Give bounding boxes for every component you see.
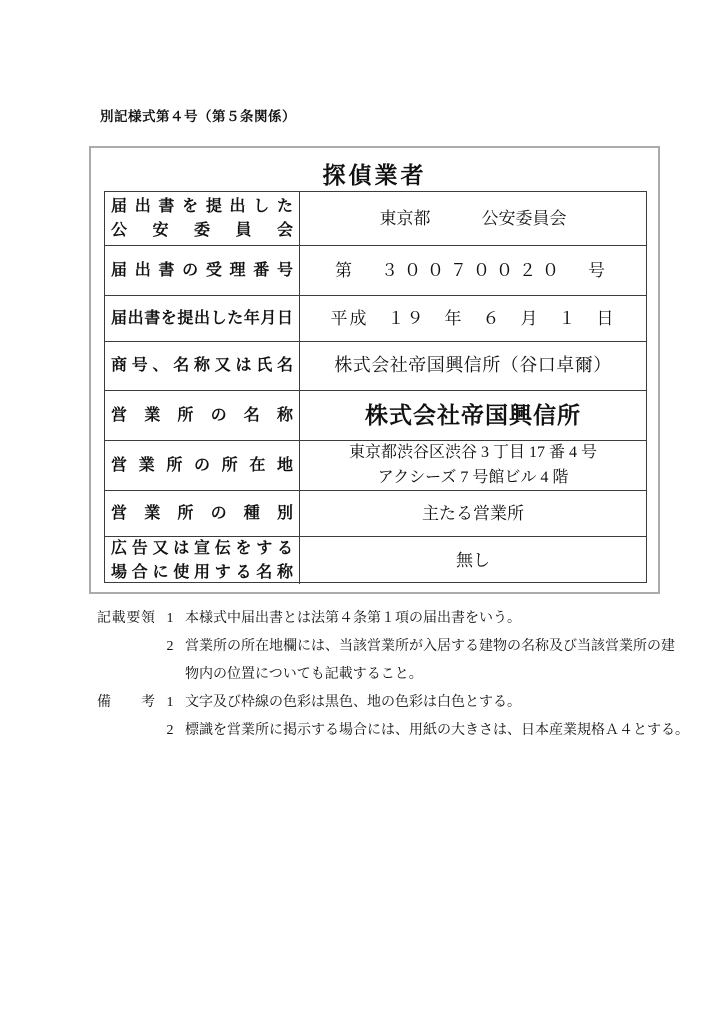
note-number: 2 bbox=[155, 633, 185, 689]
field-label-trade-name: 商号、名称又は氏名 bbox=[105, 342, 300, 391]
note-heading bbox=[97, 717, 155, 745]
field-label-submission-date: 届出書を提出した年月日 bbox=[105, 296, 300, 342]
field-value-office-name: 株式会社帝国興信所 bbox=[300, 391, 646, 441]
note-text: 文字及び枠線の色彩は黒色、地の色彩は白色とする。 bbox=[185, 689, 689, 717]
sign-title: 探偵業者 bbox=[91, 157, 658, 190]
note-text: 本様式中届出書とは法第４条第１項の届出書をいう。 bbox=[185, 605, 689, 633]
note-number: 1 bbox=[155, 689, 185, 717]
field-value-receipt-number: 第 ３００７００２０ 号 bbox=[300, 246, 646, 296]
field-label-ad-name: 広告又は宣伝をする 場合に使用する名称 bbox=[105, 537, 300, 584]
note-number: 2 bbox=[155, 717, 185, 745]
form-reference-label: 別記様式第４号（第５条関係） bbox=[100, 105, 296, 125]
note-number: 1 bbox=[155, 605, 185, 633]
field-label-submitting-psc: 届出書を提出した 公安委員会 bbox=[105, 192, 300, 246]
sign-table: 届出書を提出した 公安委員会 東京都 公安委員会 届出書の受理番号 第 ３００７… bbox=[104, 191, 647, 583]
field-label-receipt-number: 届出書の受理番号 bbox=[105, 246, 300, 296]
field-value-office-address: 東京都渋谷区渋谷 3 丁目 17 番 4 号 アクシーズ 7 号館ビル 4 階 bbox=[300, 441, 646, 491]
note-heading: 記載要領 bbox=[97, 605, 155, 633]
note-text: 標識を営業所に掲示する場合には、用紙の大きさは、日本産業規格Ａ４とする。 bbox=[185, 717, 689, 745]
field-label-office-name: 営業所の名称 bbox=[105, 391, 300, 441]
document-page: 別記様式第４号（第５条関係） 探偵業者 届出書を提出した 公安委員会 東京都 公… bbox=[0, 0, 724, 1024]
field-label-office-address: 営業所の所在地 bbox=[105, 441, 300, 491]
field-value-submission-date: 平成 １９ 年 ６ 月 １ 日 bbox=[300, 296, 646, 342]
detective-agency-sign: 探偵業者 届出書を提出した 公安委員会 東京都 公安委員会 届出書の受理番号 第… bbox=[89, 146, 660, 594]
notes-section: 記載要領 1 本様式中届出書とは法第４条第１項の届出書をいう。 2 営業所の所在… bbox=[97, 605, 672, 745]
note-text: 営業所の所在地欄には、当該営業所が入居する建物の名称及び当該営業所の建 物内の位… bbox=[185, 633, 689, 689]
field-value-office-type: 主たる営業所 bbox=[300, 491, 646, 537]
field-value-submitting-psc: 東京都 公安委員会 bbox=[300, 192, 646, 246]
field-value-ad-name: 無し bbox=[300, 537, 646, 584]
field-value-trade-name: 株式会社帝国興信所（谷口卓爾） bbox=[300, 342, 646, 391]
note-heading: 備 考 bbox=[97, 689, 155, 717]
field-label-office-type: 営業所の種別 bbox=[105, 491, 300, 537]
note-heading bbox=[97, 633, 155, 689]
